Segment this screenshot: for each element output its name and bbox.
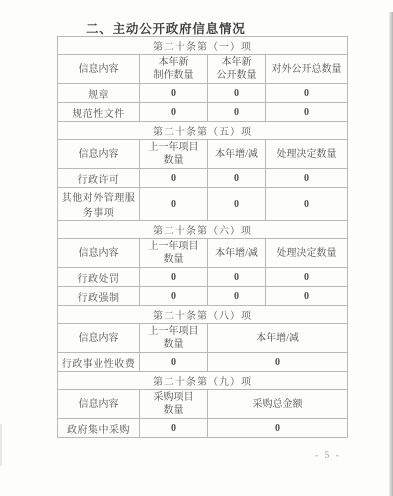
column-header: 信息内容 (58, 390, 140, 419)
column-header-row: 信息内容 本年新 制作数量 本年新 公开数量 对外公开总数量 (58, 55, 348, 84)
table-row: 行政许可 0 0 0 (58, 169, 348, 188)
column-header-row: 信息内容 上一年项目 数量 本年增/减 处理决定数量 (58, 140, 348, 169)
value-cell: 0 (266, 169, 348, 188)
row-label: 行政事业性收费 (58, 353, 140, 372)
column-header: 信息内容 (58, 239, 140, 268)
value-cell: 0 (140, 268, 208, 287)
value-cell: 0 (208, 419, 348, 438)
row-label: 规章 (58, 84, 140, 103)
value-cell: 0 (208, 287, 266, 306)
column-header: 对外公开总数量 (266, 55, 348, 84)
value-cell: 0 (208, 188, 266, 221)
row-label: 其他对外管理服务事项 (58, 188, 140, 221)
row-label: 行政强制 (58, 287, 140, 306)
page-number: - 5 - (315, 451, 341, 461)
value-cell: 0 (140, 169, 208, 188)
section-title-row: 第二十条第（一）项 (58, 37, 348, 55)
value-cell: 0 (208, 268, 266, 287)
section-title-row: 第二十条第（九）项 (58, 372, 348, 390)
column-header: 本年增/减 (208, 324, 348, 353)
column-header: 上一年项目 数量 (140, 324, 208, 353)
column-header: 上一年项目 数量 (140, 140, 208, 169)
column-header-row: 信息内容 采购项目 数量 采购总金额 (58, 390, 348, 419)
column-header: 采购项目 数量 (140, 390, 208, 419)
disclosure-report-table: 第二十条第（一）项 信息内容 本年新 制作数量 本年新 公开数量 对外公开总数量… (57, 36, 348, 438)
value-cell: 0 (140, 287, 208, 306)
column-header: 本年增/减 (208, 140, 266, 169)
section-title: 第二十条第（九）项 (58, 372, 348, 390)
section-title: 第二十条第（五）项 (58, 122, 348, 140)
table-row: 规章 0 0 0 (58, 84, 348, 103)
value-cell: 0 (140, 353, 208, 372)
column-header-row: 信息内容 上一年项目 数量 本年增/减 (58, 324, 348, 353)
value-cell: 0 (208, 84, 266, 103)
section-title-row: 第二十条第（八）项 (58, 306, 348, 324)
scan-edge-shadow (389, 12, 393, 496)
table-row: 规范性文件 0 0 0 (58, 103, 348, 122)
column-header: 处理决定数量 (266, 140, 348, 169)
column-header: 采购总金额 (208, 390, 348, 419)
value-cell: 0 (266, 103, 348, 122)
row-label: 行政处罚 (58, 268, 140, 287)
value-cell: 0 (266, 188, 348, 221)
section-title-row: 第二十条第（六）项 (58, 221, 348, 239)
section-title: 第二十条第（六）项 (58, 221, 348, 239)
value-cell: 0 (208, 353, 348, 372)
page-title: 二、主动公开政府信息情况 (86, 19, 246, 37)
column-header: 信息内容 (58, 55, 140, 84)
scanned-document-page: 二、主动公开政府信息情况 第二十条第（一）项 信息内容 本年新 制作数量 本年新… (0, 0, 393, 496)
row-label: 政府集中采购 (58, 419, 140, 438)
value-cell: 0 (266, 84, 348, 103)
value-cell: 0 (140, 419, 208, 438)
section-title: 第二十条第（一）项 (58, 37, 348, 55)
table-row: 行政强制 0 0 0 (58, 287, 348, 306)
section-title-row: 第二十条第（五）项 (58, 122, 348, 140)
value-cell: 0 (208, 169, 266, 188)
column-header: 处理决定数量 (266, 239, 348, 268)
column-header: 本年新 制作数量 (140, 55, 208, 84)
value-cell: 0 (266, 287, 348, 306)
column-header-row: 信息内容 上一年项目 数量 本年增/减 处理决定数量 (58, 239, 348, 268)
table-row: 其他对外管理服务事项 0 0 0 (58, 188, 348, 221)
column-header: 本年增/减 (208, 239, 266, 268)
table-row: 行政处罚 0 0 0 (58, 268, 348, 287)
table-row: 政府集中采购 0 0 (58, 419, 348, 438)
section-title: 第二十条第（八）项 (58, 306, 348, 324)
scan-edge-mark (0, 424, 2, 466)
column-header: 本年新 公开数量 (208, 55, 266, 84)
row-label: 规范性文件 (58, 103, 140, 122)
column-header: 信息内容 (58, 324, 140, 353)
table-row: 行政事业性收费 0 0 (58, 353, 348, 372)
value-cell: 0 (140, 103, 208, 122)
value-cell: 0 (208, 103, 266, 122)
column-header: 上一年项目 数量 (140, 239, 208, 268)
value-cell: 0 (266, 268, 348, 287)
value-cell: 0 (140, 84, 208, 103)
value-cell: 0 (140, 188, 208, 221)
column-header: 信息内容 (58, 140, 140, 169)
row-label: 行政许可 (58, 169, 140, 188)
